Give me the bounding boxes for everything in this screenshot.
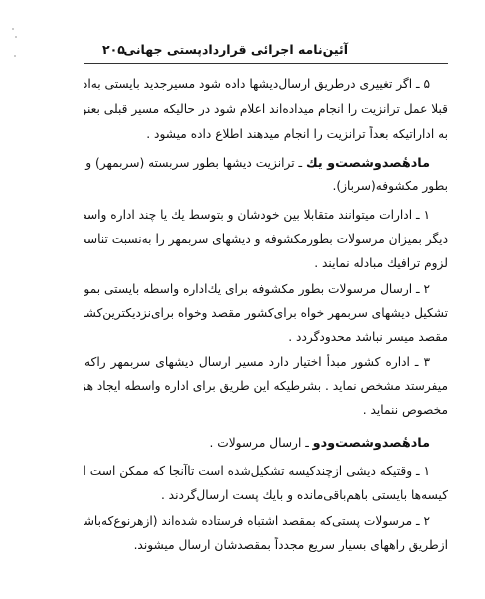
paragraph-line: مقصد میسر نباشد محدودگردد .: [84, 329, 448, 345]
header-divider: [84, 63, 448, 64]
article-161-heading: مادهٔصدوشصت‌و یك ـ ترانزیت دیشها بطور سر…: [84, 155, 448, 172]
paragraph-line: به اداراتیکه بعداً ترانزیت را انجام میده…: [84, 126, 448, 142]
article-number: مادهٔصدوشصت‌ودو: [313, 436, 430, 451]
paragraph-line: مخصوص ننماید .: [84, 402, 448, 418]
paragraph-line: ۲ ـ مرسولات پستی‌که بمقصد اشتباه فرستاده…: [84, 513, 448, 529]
paragraph-line: لزوم ترافیك مبادله نمایند .: [84, 255, 448, 271]
paragraph-line: ۱ ـ ادارات میتوانند متقابلا بین خودشان و…: [84, 207, 448, 223]
paragraph-line: ازطریق راههای بسیار سریع مجدداً بمقصدشان…: [84, 537, 448, 553]
running-header: آئین‌نامه اجرائی قراردادپستی جهانی ۲۰۵: [84, 42, 448, 62]
article-162-heading: مادهٔصدوشصت‌ودو ـ ارسال مرسولات .: [84, 435, 448, 452]
paragraph-line: ۲ ـ ارسال مرسولات بطور مکشوفه برای یك‌اد…: [84, 281, 448, 297]
paragraph-line: قبلا عمل ترانزیت را انجام میداده‌اند اعل…: [84, 101, 448, 117]
paragraph-line: ۳ ـ اداره کشور مبدأ اختیار دارد مسیر ارس…: [84, 354, 448, 370]
header-title: آئین‌نامه اجرائی قراردادپستی جهانی: [123, 42, 348, 57]
paragraph-line: ۵ ـ اگر تغییری درطریق ارسال‌دیشها داده ش…: [84, 76, 448, 92]
article-number: مادهٔصدوشصت‌و یك: [306, 156, 430, 171]
paragraph-line: بطور مکشوفه(سرباز).: [84, 178, 448, 194]
paragraph-line: تشکیل دیشهای سربمهر خواه برای‌کشور مقصد …: [84, 305, 448, 321]
paragraph-line: دیگر بمیزان مرسولات بطورمکشوفه و دیشهای …: [84, 231, 448, 247]
scan-speck: [14, 55, 16, 57]
paragraph-line: کیسه‌ها بایستی باهم‌باقی‌مانده و بایك پس…: [84, 487, 448, 503]
scan-speck: [12, 28, 14, 30]
paragraph-line: ۱ ـ وقتیکه دیشی ازچندکیسه تشکیل‌شده است …: [84, 463, 448, 479]
paragraph-line: میفرستد مشخص نماید . بشرطیکه این طریق بر…: [84, 378, 448, 394]
scan-speck: [15, 36, 17, 38]
document-page: آئین‌نامه اجرائی قراردادپستی جهانی ۲۰۵ ۵…: [84, 0, 448, 599]
page-number: ۲۰۵: [102, 42, 125, 57]
